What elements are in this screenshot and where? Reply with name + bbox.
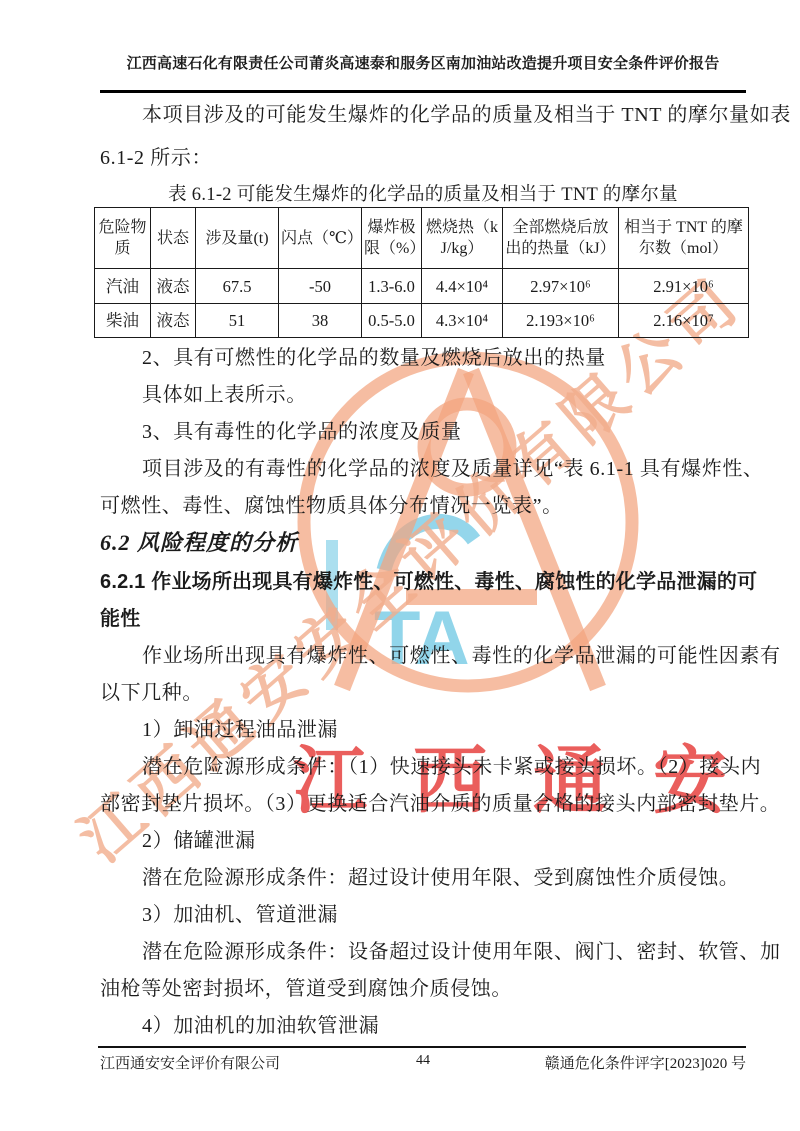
table-header-cell: 相当于 TNT 的摩尔数（mol） [619, 208, 749, 269]
table-cell: 汽油 [95, 269, 151, 304]
table-caption: 表 6.1-2 可能发生爆炸的化学品的质量及相当于 TNT 的摩尔量 [100, 180, 746, 206]
section-heading-6-2-1: 6.2.1 作业场所出现具有爆炸性、可燃性、毒性、腐蚀性的化学品泄漏的可 [100, 570, 760, 594]
body-line: 潜在危险源形成条件：超过设计使用年限、受到腐蚀性介质侵蚀。 [100, 866, 800, 890]
table-header-cell: 燃烧热（kJ/kg） [422, 208, 503, 269]
body-line: 项目涉及的有毒性的化学品的浓度及质量详见“表 6.1-1 具有爆炸性、 [100, 457, 800, 481]
section-heading-6-2: 6.2 风险程度的分析 [100, 531, 760, 555]
footer-rule [98, 1046, 746, 1048]
intro-line: 本项目涉及的可能发生爆炸的化学品的质量及相当于 TNT 的摩尔量如表 [100, 103, 800, 127]
table-cell: 2.16×10⁷ [619, 304, 749, 338]
table-cell: 2.91×10⁶ [619, 269, 749, 304]
table-cell: 0.5-5.0 [362, 304, 422, 338]
table-cell: 柴油 [95, 304, 151, 338]
body-line: 油枪等处密封损坏，管道受到腐蚀介质侵蚀。 [100, 977, 760, 1001]
table-cell: 67.5 [196, 269, 279, 304]
table-cell: 51 [196, 304, 279, 338]
table-cell: 2.193×10⁶ [503, 304, 619, 338]
table-cell: -50 [279, 269, 362, 304]
body-line: 3）加油机、管道泄漏 [100, 903, 800, 927]
table-cell: 液态 [151, 269, 196, 304]
table-header-cell: 爆炸极限（%） [362, 208, 422, 269]
table-cell: 2.97×10⁶ [503, 269, 619, 304]
header-rule [100, 90, 746, 93]
table-header-row: 危险物质 状态 涉及量(t) 闪点（℃） 爆炸极限（%） 燃烧热（kJ/kg） … [95, 208, 749, 269]
body-line: 2、具有可燃性的化学品的数量及燃烧后放出的热量 [100, 346, 800, 370]
table-cell: 1.3-6.0 [362, 269, 422, 304]
body-line: 4）加油机的加油软管泄漏 [100, 1014, 800, 1038]
table-cell: 液态 [151, 304, 196, 338]
body-line: 以下几种。 [100, 681, 760, 705]
body-line: 潜在危险源形成条件：设备超过设计使用年限、阀门、密封、软管、加 [100, 940, 800, 964]
body-line: 潜在危险源形成条件：（1）快速接头未卡紧或接头损坏。（2）接头内 [100, 755, 800, 779]
body-line: 部密封垫片损坏。（3）更换适合汽油介质的质量合格的接头内部密封垫片。 [100, 792, 760, 816]
table-header-cell: 危险物质 [95, 208, 151, 269]
table-header-cell: 闪点（℃） [279, 208, 362, 269]
explosive-chemicals-table: 危险物质 状态 涉及量(t) 闪点（℃） 爆炸极限（%） 燃烧热（kJ/kg） … [94, 207, 749, 338]
body-line: 具体如上表所示。 [100, 383, 800, 407]
intro-line: 6.1-2 所示： [100, 146, 760, 170]
table-header-cell: 全部燃烧后放出的热量（kJ） [503, 208, 619, 269]
table-header-cell: 涉及量(t) [196, 208, 279, 269]
table-cell: 38 [279, 304, 362, 338]
report-page: { "header": { "title": "江西高速石化有限责任公司莆炎高速… [0, 0, 800, 1131]
table-row: 柴油 液态 51 38 0.5-5.0 4.3×10⁴ 2.193×10⁶ 2.… [95, 304, 749, 338]
footer-doc-number: 赣通危化条件评字[2023]020 号 [100, 1052, 746, 1073]
table-header-cell: 状态 [151, 208, 196, 269]
table-row: 汽油 液态 67.5 -50 1.3-6.0 4.4×10⁴ 2.97×10⁶ … [95, 269, 749, 304]
body-line: 作业场所出现具有爆炸性、可燃性、毒性的化学品泄漏的可能性因素有 [100, 644, 800, 668]
table-cell: 4.4×10⁴ [422, 269, 503, 304]
page-header-title: 江西高速石化有限责任公司莆炎高速泰和服务区南加油站改造提升项目安全条件评价报告 [100, 52, 746, 73]
body-line: 1）卸油过程油品泄漏 [100, 718, 800, 742]
table-cell: 4.3×10⁴ [422, 304, 503, 338]
section-heading-6-2-1-cont: 能性 [100, 607, 760, 631]
body-line: 2）储罐泄漏 [100, 829, 800, 853]
body-line: 3、具有毒性的化学品的浓度及质量 [100, 420, 800, 444]
body-line: 可燃性、毒性、腐蚀性物质具体分布情况一览表”。 [100, 494, 760, 518]
